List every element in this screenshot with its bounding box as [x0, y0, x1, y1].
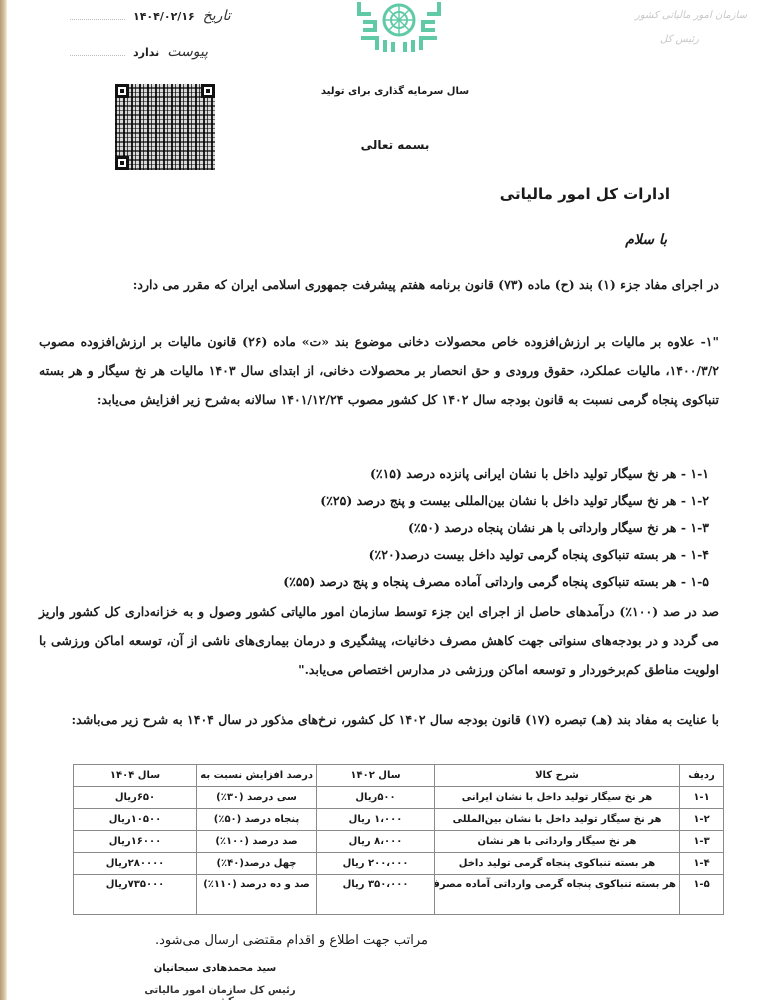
- cell-row-number: ۱-۳: [680, 831, 724, 853]
- cell-increase: سی درصد (۳۰٪): [197, 787, 317, 809]
- clause1-paragraph: "۱- علاوه بر مالیات بر ارزش‌افزوده خاص م…: [39, 327, 719, 414]
- date-row: تاریخ ۱۴۰۴/۰۲/۱۶: [70, 8, 231, 24]
- list-item: ۱-۴ - هر بسته تنباکوی پنجاه گرمی تولید د…: [369, 544, 709, 566]
- cell-1402: ۵۰۰ریال: [317, 787, 435, 809]
- intro-paragraph: در اجرای مفاد جزء (۱) بند (ح) ماده (۷۳) …: [39, 270, 719, 299]
- invocation: بسمه تعالی: [320, 138, 470, 152]
- attachment-value: ندارد: [133, 46, 159, 59]
- faint-signature-line1: سازمان امور مالیاتی کشور: [635, 10, 747, 21]
- revenue-paragraph: صد در صد (۱۰۰٪) درآمدهای حاصل از اجرای ا…: [39, 597, 719, 684]
- cell-increase: چهل درصد(۴۰٪): [197, 853, 317, 875]
- cell-description: هر نخ سیگار تولید داخل با نشان ایرانی: [435, 787, 680, 809]
- cell-1402: ۳۵۰،۰۰۰ ریال: [317, 875, 435, 915]
- greeting: با سلام: [625, 232, 667, 248]
- cell-description: هر بسته تنباکوی پنجاه گرمی تولید داخل: [435, 853, 680, 875]
- year-motto: سال سرمایه گذاری برای تولید: [300, 86, 490, 97]
- cell-1404: ۶۵۰ریال: [74, 787, 197, 809]
- cell-row-number: ۱-۱: [680, 787, 724, 809]
- list-item: ۱-۲ - هر نخ سیگار تولید داخل با نشان بین…: [320, 490, 709, 512]
- addressee: ادارات کل امور مالیاتی: [500, 185, 670, 203]
- cell-1402: ۸،۰۰۰ ریال: [317, 831, 435, 853]
- attachment-dotted-line: [70, 55, 125, 56]
- table-row: ۱-۱ هر نخ سیگار تولید داخل با نشان ایران…: [74, 787, 724, 809]
- cell-1402: ۱،۰۰۰ ریال: [317, 809, 435, 831]
- closing-line: مراتب جهت اطلاع و اقدام مقتضی ارسال می‌ش…: [155, 933, 428, 948]
- header-description: شرح کالا: [435, 765, 680, 787]
- cell-description: هر بسته تنباکوی پنجاه گرمی وارداتی آماده…: [435, 875, 680, 915]
- qr-code-icon: [115, 84, 215, 170]
- table-row: ۱-۳ هر نخ سیگار وارداتی با هر نشان ۸،۰۰۰…: [74, 831, 724, 853]
- cell-increase: پنجاه درصد (۵۰٪): [197, 809, 317, 831]
- cell-row-number: ۱-۴: [680, 853, 724, 875]
- cell-row-number: ۱-۲: [680, 809, 724, 831]
- faint-signature-line2: رئیس کل: [660, 34, 699, 45]
- cell-1404: ۱۰۵۰۰ریال: [74, 809, 197, 831]
- page-edge: [0, 0, 7, 1000]
- header-1402: سال ۱۴۰۲: [317, 765, 435, 787]
- list-item: ۱-۵ - هر بسته تنباکوی پنجاه گرمی وارداتی…: [283, 571, 709, 593]
- cell-increase: صد و ده درصد (۱۱۰٪): [197, 875, 317, 915]
- qr-finder: [201, 84, 215, 98]
- list-item: ۱-۳ - هر نخ سیگار وارداتی با هر نشان پنج…: [408, 517, 709, 539]
- cell-1404: ۲۸۰۰۰۰ریال: [74, 853, 197, 875]
- note-paragraph: با عنایت به مفاد بند (هـ) تبصره (۱۷) قان…: [39, 705, 719, 734]
- cell-description: هر نخ سیگار وارداتی با هر نشان: [435, 831, 680, 853]
- tax-organization-logo-icon: [355, 0, 443, 54]
- table-row: ۱-۴ هر بسته تنباکوی پنجاه گرمی تولید داخ…: [74, 853, 724, 875]
- date-label: تاریخ: [203, 8, 231, 24]
- qr-finder: [115, 156, 129, 170]
- qr-finder: [115, 84, 129, 98]
- header-row-number: ردیف: [680, 765, 724, 787]
- cell-increase: صد درصد (۱۰۰٪): [197, 831, 317, 853]
- table-row: ۱-۲ هر نخ سیگار تولید داخل با نشان بین‌ا…: [74, 809, 724, 831]
- date-dotted-line: [70, 19, 125, 20]
- attachment-label: پیوست: [167, 44, 208, 60]
- attachment-row: پیوست ندارد: [70, 44, 208, 60]
- cell-description: هر نخ سیگار تولید داخل با نشان بین‌الملل…: [435, 809, 680, 831]
- tax-rates-table: ردیف شرح کالا سال ۱۴۰۲ درصد افزایش نسبت …: [73, 764, 724, 915]
- cell-1404: ۷۳۵۰۰۰ریال: [74, 875, 197, 915]
- table-header-row: ردیف شرح کالا سال ۱۴۰۲ درصد افزایش نسبت …: [74, 765, 724, 787]
- date-value: ۱۴۰۴/۰۲/۱۶: [133, 10, 195, 23]
- signer-name: سید محمدهادی سبحانیان: [140, 963, 290, 974]
- cell-1402: ۲۰۰،۰۰۰ ریال: [317, 853, 435, 875]
- table-row: ۱-۵ هر بسته تنباکوی پنجاه گرمی وارداتی آ…: [74, 875, 724, 915]
- signer-title: رئیس کل سازمان امور مالیاتی کشور: [140, 985, 300, 1000]
- list-item: ۱-۱ - هر نخ سیگار تولید داخل با نشان ایر…: [370, 463, 709, 485]
- header-1404: سال ۱۴۰۴: [74, 765, 197, 787]
- cell-1404: ۱۶۰۰۰ریال: [74, 831, 197, 853]
- header-increase: درصد افزایش نسبت به سال ۱۴۰۲: [197, 765, 317, 787]
- cell-row-number: ۱-۵: [680, 875, 724, 915]
